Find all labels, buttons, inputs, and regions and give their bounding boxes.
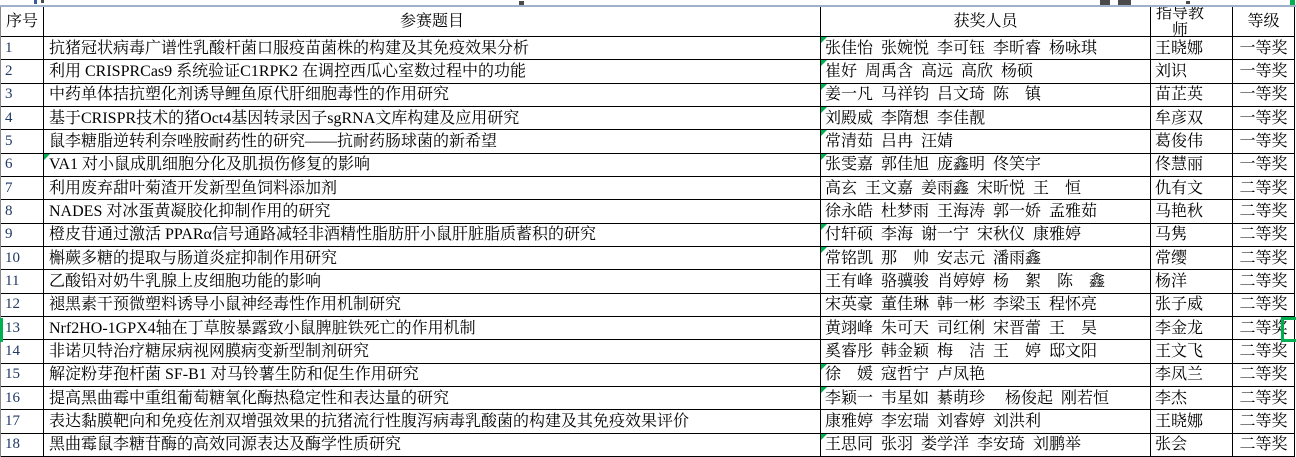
text-remnant — [34, 0, 37, 4]
project-title-cell[interactable]: NADES 对冰蛋黄凝胶化抑制作用的研究 — [44, 200, 821, 223]
cell-flag-triangle — [821, 130, 827, 136]
cell-flag-triangle — [821, 387, 827, 393]
project-title-cell[interactable]: 抗猪冠状病毒广谱性乳酸杆菌口服疫苗菌株的构建及其免疫效果分析 — [44, 37, 821, 60]
advisor-cell[interactable]: 王文飞 — [1151, 340, 1233, 363]
winners-cell[interactable]: 常清茹 吕冉 汪婧 — [821, 130, 1151, 153]
cell-flag-triangle — [821, 60, 827, 66]
row-number-cell[interactable]: 4 — [1, 107, 44, 130]
row-number-cell[interactable]: 9 — [1, 224, 44, 247]
winners-cell[interactable]: 李颖一 韦星如 綦萌珍 杨俊起 刚若恒 — [821, 387, 1151, 410]
header-teacher-label: 指导教师 — [1154, 7, 1206, 37]
grade-cell[interactable]: 一等奖 — [1233, 154, 1295, 177]
grade-cell[interactable]: 一等奖 — [1233, 84, 1295, 107]
grade-cell[interactable]: 一等奖 — [1233, 107, 1295, 130]
header-title[interactable]: 参赛题目 — [44, 7, 821, 37]
grade-cell[interactable]: 二等奖 — [1233, 340, 1295, 363]
winners-cell[interactable]: 徐永皓 杜梦雨 王海涛 郭一娇 孟雅茹 — [821, 200, 1151, 223]
advisor-cell[interactable]: 葛俊伟 — [1151, 130, 1233, 153]
header-teacher[interactable]: 指导教师 — [1151, 7, 1233, 37]
cell-flag-triangle — [821, 107, 827, 113]
project-title-cell[interactable]: Nrf2HO-1GPX4轴在丁草胺暴露致小鼠脾脏铁死亡的作用机制 — [44, 317, 821, 340]
row-number-cell[interactable]: 11 — [1, 270, 44, 293]
row13-selection-right-bracket — [1281, 317, 1296, 342]
winners-cell[interactable]: 王思同 张羽 娄学洋 李安琦 刘鹏举 — [821, 434, 1151, 457]
row-number-cell[interactable]: 10 — [1, 247, 44, 270]
text-remnant — [41, 0, 44, 3]
winners-cell[interactable]: 刘殿威 李隋想 李佳靓 — [821, 107, 1151, 130]
header-grade[interactable]: 等级 — [1233, 7, 1295, 37]
row-number-cell[interactable]: 3 — [1, 84, 44, 107]
project-title-cell[interactable]: 黑曲霉鼠李糖苷酶的高效同源表达及酶学性质研究 — [44, 434, 821, 457]
project-title-cell[interactable]: 鼠李糖脂逆转利奈唑胺耐药性的研究——抗耐药肠球菌的新希望 — [44, 130, 821, 153]
advisor-cell[interactable]: 牟彦双 — [1151, 107, 1233, 130]
cell-flag-triangle — [821, 434, 827, 440]
project-title-cell[interactable]: 乙酸铅对奶牛乳腺上皮细胞功能的影响 — [44, 270, 821, 293]
advisor-cell[interactable]: 刘识 — [1151, 60, 1233, 83]
winners-cell[interactable]: 奚睿彤 韩金颖 梅 洁 王 婷 邸文阳 — [821, 340, 1151, 363]
cell-flag-triangle — [821, 247, 827, 253]
advisor-cell[interactable]: 王晓娜 — [1151, 37, 1233, 60]
project-title-cell[interactable]: 基于CRISPR技术的猪Oct4基因转录因子sgRNA文库构建及应用研究 — [44, 107, 821, 130]
grade-cell[interactable]: 二等奖 — [1233, 387, 1295, 410]
advisor-cell[interactable]: 常缨 — [1151, 247, 1233, 270]
advisor-cell[interactable]: 张子威 — [1151, 294, 1233, 317]
winners-cell[interactable]: 黄翊峰 朱可天 司红俐 宋晋蕾 王 昊 — [821, 317, 1151, 340]
project-title-cell[interactable]: 中药单体拮抗塑化剂诱导鲤鱼原代肝细胞毒性的作用研究 — [44, 84, 821, 107]
cell-flag-triangle — [821, 37, 827, 43]
project-title-cell[interactable]: 非诺贝特治疗糖尿病视网膜病变新型制剂研究 — [44, 340, 821, 363]
row-number-cell[interactable]: 6 — [1, 154, 44, 177]
cell-flag-triangle — [821, 224, 827, 230]
row-number-cell[interactable]: 5 — [1, 130, 44, 153]
winners-cell[interactable]: 付轩硕 李海 谢一宁 宋秋仪 康雅婷 — [821, 224, 1151, 247]
advisor-cell[interactable]: 杨洋 — [1151, 270, 1233, 293]
cell-flag-triangle — [44, 154, 50, 160]
winners-cell[interactable]: 张佳怡 张婉悦 李可钰 李昕睿 杨咏琪 — [821, 37, 1151, 60]
advisor-cell[interactable]: 李凤兰 — [1151, 364, 1233, 387]
cell-flag-triangle — [821, 364, 827, 370]
row-number-cell[interactable]: 14 — [1, 340, 44, 363]
row-number-cell[interactable]: 12 — [1, 294, 44, 317]
header-members[interactable]: 获奖人员 — [821, 7, 1151, 37]
text-remnant — [519, 1, 524, 5]
grade-cell[interactable]: 一等奖 — [1233, 130, 1295, 153]
project-title-cell[interactable]: 解淀粉芽孢杆菌 SF-B1 对马铃薯生防和促生作用研究 — [44, 364, 821, 387]
row-number-cell[interactable]: 8 — [1, 200, 44, 223]
project-title-cell[interactable]: 利用 CRISPRCas9 系统验证C1RPK2 在调控西瓜心室数过程中的功能 — [44, 60, 821, 83]
project-title-cell[interactable]: 利用废弃甜叶菊渣开发新型鱼饲料添加剂 — [44, 177, 821, 200]
project-title-cell[interactable]: 橙皮苷通过激活 PPARα信号通路减轻非酒精性脂肪肝小鼠肝脏脂质蓄积的研究 — [44, 224, 821, 247]
row13-selection-left-mark — [0, 318, 3, 342]
project-title-cell[interactable]: VA1 对小鼠成肌细胞分化及肌损伤修复的影响 — [44, 154, 821, 177]
text-remnant — [1186, 1, 1190, 4]
grade-cell[interactable]: 二等奖 — [1233, 270, 1295, 293]
project-title-cell[interactable]: 槲蕨多糖的提取与肠道炎症抑制作用研究 — [44, 247, 821, 270]
winners-cell[interactable]: 姜一凡 马祥钧 吕文琦 陈 镇 — [821, 84, 1151, 107]
grade-cell[interactable]: 二等奖 — [1233, 247, 1295, 270]
winners-cell[interactable]: 张雯嘉 郭佳旭 庞鑫明 佟笑宇 — [821, 154, 1151, 177]
grade-cell[interactable]: 一等奖 — [1233, 60, 1295, 83]
text-remnant — [1118, 0, 1131, 5]
winners-cell[interactable]: 高玄 王文嘉 姜雨鑫 宋昕悦 王 恒 — [821, 177, 1151, 200]
cell-flag-triangle — [821, 154, 827, 160]
grade-cell[interactable]: 二等奖 — [1233, 177, 1295, 200]
advisor-cell[interactable]: 苗芷英 — [1151, 84, 1233, 107]
text-remnant — [1100, 0, 1110, 5]
spreadsheet-view: 序号 参赛题目 获奖人员 指导教师 等级 1 抗猪冠状病毒广谱性乳酸杆菌口服疫苗… — [0, 0, 1296, 457]
advisor-cell[interactable]: 马隽 — [1151, 224, 1233, 247]
project-title-cell[interactable]: 提高黑曲霉中重组葡萄糖氧化酶热稳定性和表达量的研究 — [44, 387, 821, 410]
cut-off-row-above — [0, 0, 1296, 7]
selection-remnant — [1290, 0, 1295, 5]
winners-cell[interactable]: 康雅婷 李宏瑞 刘睿婷 刘洪利 — [821, 410, 1151, 433]
advisor-cell[interactable]: 佟慧丽 — [1151, 154, 1233, 177]
project-title-cell[interactable]: 褪黑素干预微塑料诱导小鼠神经毒性作用机制研究 — [44, 294, 821, 317]
advisor-cell[interactable]: 李金龙 — [1151, 317, 1233, 340]
row-number-cell[interactable]: 17 — [1, 410, 44, 433]
cell-flag-triangle — [821, 84, 827, 90]
grade-cell[interactable]: 二等奖 — [1233, 294, 1295, 317]
winners-cell[interactable]: 宋英豪 董佳琳 韩一彬 李梁玉 程怀亮 — [821, 294, 1151, 317]
grade-cell[interactable]: 二等奖 — [1233, 224, 1295, 247]
grade-cell[interactable]: 二等奖 — [1233, 364, 1295, 387]
header-no[interactable]: 序号 — [1, 7, 44, 37]
advisor-cell[interactable]: 李杰 — [1151, 387, 1233, 410]
winners-cell[interactable]: 王有峰 骆骥骏 肖婷婷 杨 絮 陈 鑫 — [821, 270, 1151, 293]
row-number-cell[interactable]: 13 — [1, 317, 44, 340]
grade-cell[interactable]: 一等奖 — [1233, 37, 1295, 60]
winners-cell[interactable]: 常铭凯 那 帅 安志元 潘雨鑫 — [821, 247, 1151, 270]
winners-cell[interactable]: 崔好 周禹含 高远 高欣 杨硕 — [821, 60, 1151, 83]
awards-table: 序号 参赛题目 获奖人员 指导教师 等级 1 抗猪冠状病毒广谱性乳酸杆菌口服疫苗… — [0, 7, 1295, 457]
row-number-cell[interactable]: 7 — [1, 177, 44, 200]
row-number-cell[interactable]: 18 — [1, 434, 44, 457]
advisor-cell[interactable]: 仇有文 — [1151, 177, 1233, 200]
advisor-cell[interactable]: 王晓娜 — [1151, 410, 1233, 433]
advisor-cell[interactable]: 张会 — [1151, 434, 1233, 457]
grade-cell[interactable]: 二等奖 — [1233, 410, 1295, 433]
winners-cell[interactable]: 徐 媛 寇哲宁 卢凤艳 — [821, 364, 1151, 387]
row-number-cell[interactable]: 16 — [1, 387, 44, 410]
row-number-cell[interactable]: 1 — [1, 37, 44, 60]
project-title-cell[interactable]: 表达黏膜靶向和免疫佐剂双增强效果的抗猪流行性腹泻病毒乳酸菌的构建及其免疫效果评价 — [44, 410, 821, 433]
advisor-cell[interactable]: 马艳秋 — [1151, 200, 1233, 223]
grade-cell[interactable]: 二等奖 — [1233, 200, 1295, 223]
row-number-cell[interactable]: 15 — [1, 364, 44, 387]
grade-cell[interactable]: 二等奖 — [1233, 434, 1295, 457]
row-number-cell[interactable]: 2 — [1, 60, 44, 83]
